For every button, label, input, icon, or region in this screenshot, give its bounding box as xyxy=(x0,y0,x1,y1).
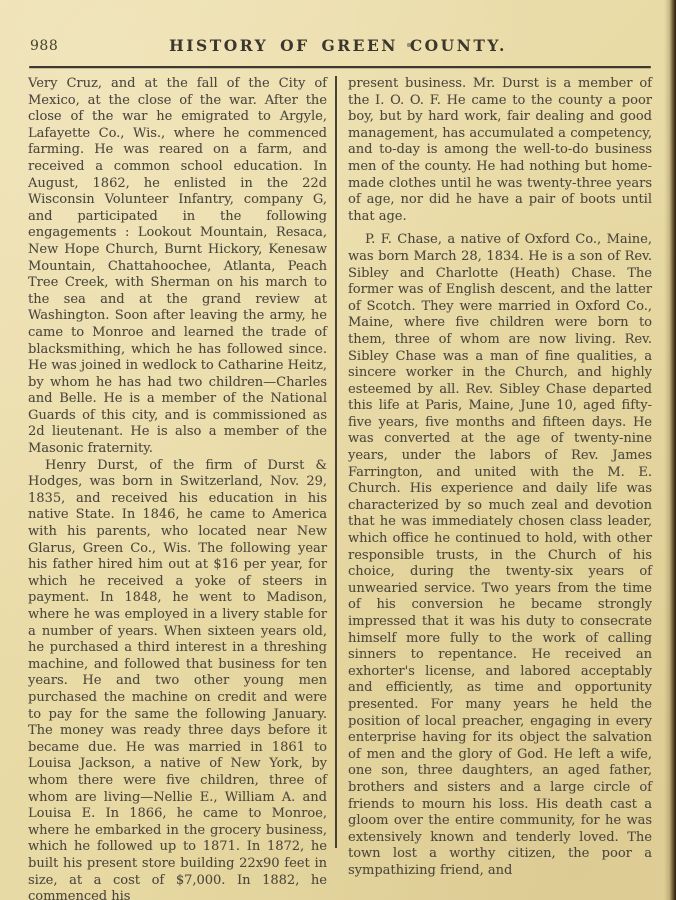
column-divider xyxy=(335,76,337,848)
header-rule xyxy=(29,66,651,68)
page-edge-shadow xyxy=(664,0,676,900)
left-column: Very Cruz, and at the fall of the City o… xyxy=(28,76,327,900)
text-columns: Very Cruz, and at the fall of the City o… xyxy=(28,76,652,900)
paragraph-pf-chase: P. F. Chase, a native of Oxford Co., Mai… xyxy=(348,232,652,879)
right-column: present business. Mr. Durst is a member … xyxy=(348,76,652,880)
paragraph-henry-durst: Henry Durst, of the firm of Durst & Hodg… xyxy=(28,458,327,900)
paragraph-durst-continued: present business. Mr. Durst is a member … xyxy=(348,76,652,225)
book-page: 988 HISTORY OF GREEN COUNTY. Very Cruz, … xyxy=(0,0,676,900)
paragraph-vera-cruz: Very Cruz, and at the fall of the City o… xyxy=(28,76,327,458)
ink-speck xyxy=(407,43,411,47)
page-title: HISTORY OF GREEN COUNTY. xyxy=(0,36,676,55)
